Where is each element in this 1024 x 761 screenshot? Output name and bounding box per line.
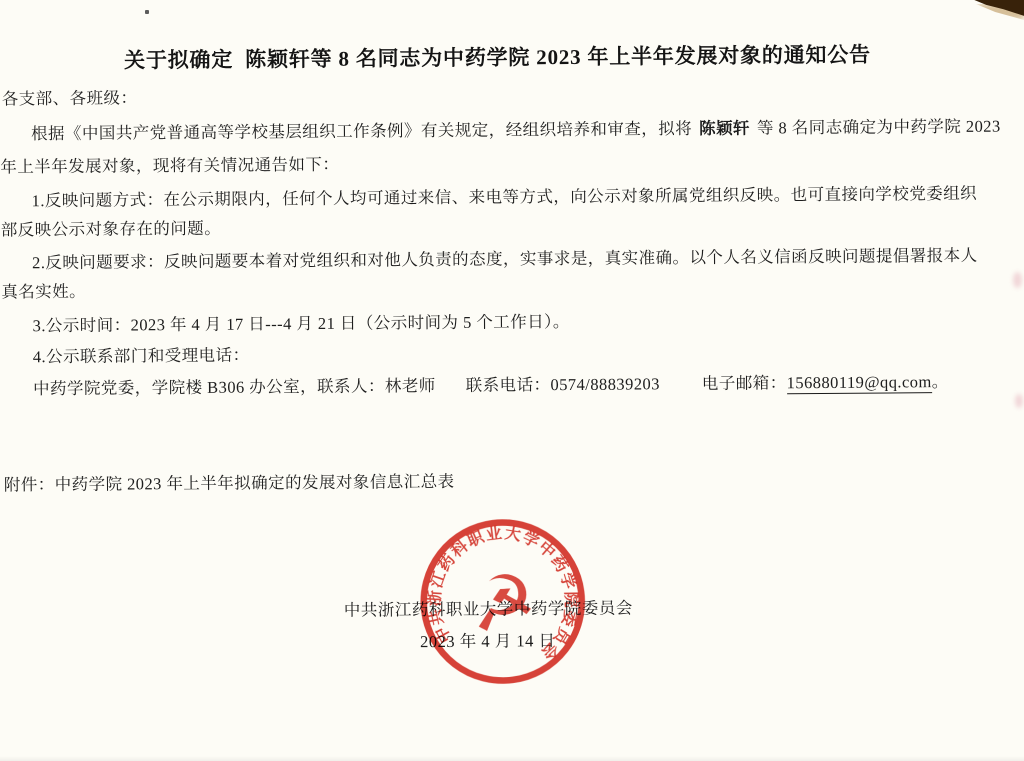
hammer-sickle-emblem-icon: ☭	[465, 557, 542, 651]
candidate-name: 陈颖轩	[699, 119, 750, 138]
scan-pink-smudge	[1015, 394, 1023, 408]
item1-line1: 1.反映问题方式：在公示期限内，任何个人均可通过来信、来电等方式，向公示对象所属…	[32, 183, 978, 212]
official-red-seal: 中共浙江药科职业大学中药学院委员会 ☭	[413, 512, 592, 691]
document-content: 关于拟确定 陈颖轩等 8 名同志为中药学院 2023 年上半年发展对象的通知公告…	[0, 0, 1024, 761]
scan-pink-smudge	[1013, 272, 1022, 288]
intro-paragraph-line1: 根据《中国共产党普通高等学校基层组织工作条例》有关规定，经组织培养和审查，拟将陈…	[31, 116, 1001, 145]
scan-speck-dot	[145, 10, 149, 14]
contact-phone-label: 联系电话：	[466, 375, 551, 395]
item4-line: 4.公示联系部门和受理电话：	[33, 345, 250, 368]
item1-line2: 部反映公示对象存在的问题。	[1, 218, 222, 241]
item3-line: 3.公示时间：2023 年 4 月 17 日---4 月 21 日（公示时间为 …	[32, 311, 569, 337]
contact-period: 。	[932, 372, 949, 391]
notice-title: 关于拟确定 陈颖轩等 8 名同志为中药学院 2023 年上半年发展对象的通知公告	[0, 38, 998, 76]
scanned-notice-page: 关于拟确定 陈颖轩等 8 名同志为中药学院 2023 年上半年发展对象的通知公告…	[0, 0, 1024, 761]
attachment-line: 附件：中药学院 2023 年上半年拟确定的发展对象信息汇总表	[4, 471, 455, 496]
contact-email-address: 156880119@qq.com	[787, 372, 932, 394]
intro-paragraph-line2: 年上半年发展对象，现将有关情况通告如下：	[0, 154, 339, 178]
item2-line1: 2.反映问题要求：反映问题要本着对党组织和对他人负责的态度，实事求是，真实准确。…	[32, 245, 978, 274]
intro-text-pre: 根据《中国共产党普通高等学校基层组织工作条例》有关规定，经组织培养和审查，拟将	[31, 119, 692, 143]
contact-office: 中药学院党委，学院楼 B306 办公室，联系人：林老师	[33, 376, 436, 398]
scan-bottom-shade	[0, 756, 1024, 761]
contact-phone-number: 0574/88839203	[550, 374, 660, 394]
contact-email-label: 电子邮箱：	[702, 373, 787, 393]
item2-line2: 真名实姓。	[1, 281, 86, 303]
intro-text-post: 等 8 名同志确定为中药学院 2023	[757, 117, 1001, 138]
contact-line: 中药学院党委，学院楼 B306 办公室，联系人：林老师联系电话：0574/888…	[33, 371, 949, 400]
greeting-line: 各支部、各班级：	[2, 87, 138, 110]
